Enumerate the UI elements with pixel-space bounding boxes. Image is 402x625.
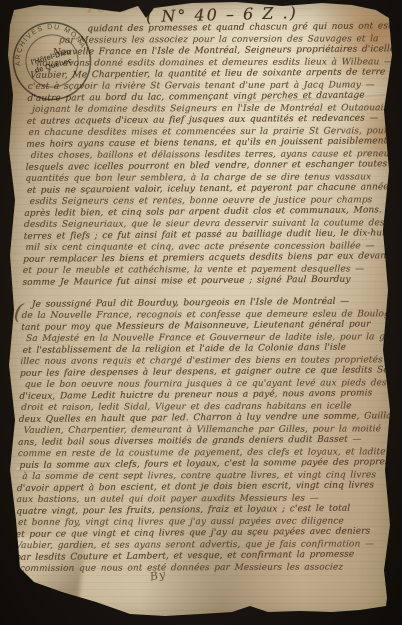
manuscript-body: quidant des promesses et quand chascun g… bbox=[30, 0, 392, 1]
manuscript-line: commission que nous ont esté données par… bbox=[14, 562, 372, 575]
photo-background: 1660 ( N° 40 – 6 Z .) quidant des promes… bbox=[0, 0, 402, 625]
manuscript-paragraph-2: Je soussigné Paul dit Bourduy, bourgeois… bbox=[14, 297, 379, 576]
faint-year-note: 1660 bbox=[86, 2, 131, 17]
paper-sheet: 1660 ( N° 40 – 6 Z .) quidant des promes… bbox=[0, 0, 402, 625]
